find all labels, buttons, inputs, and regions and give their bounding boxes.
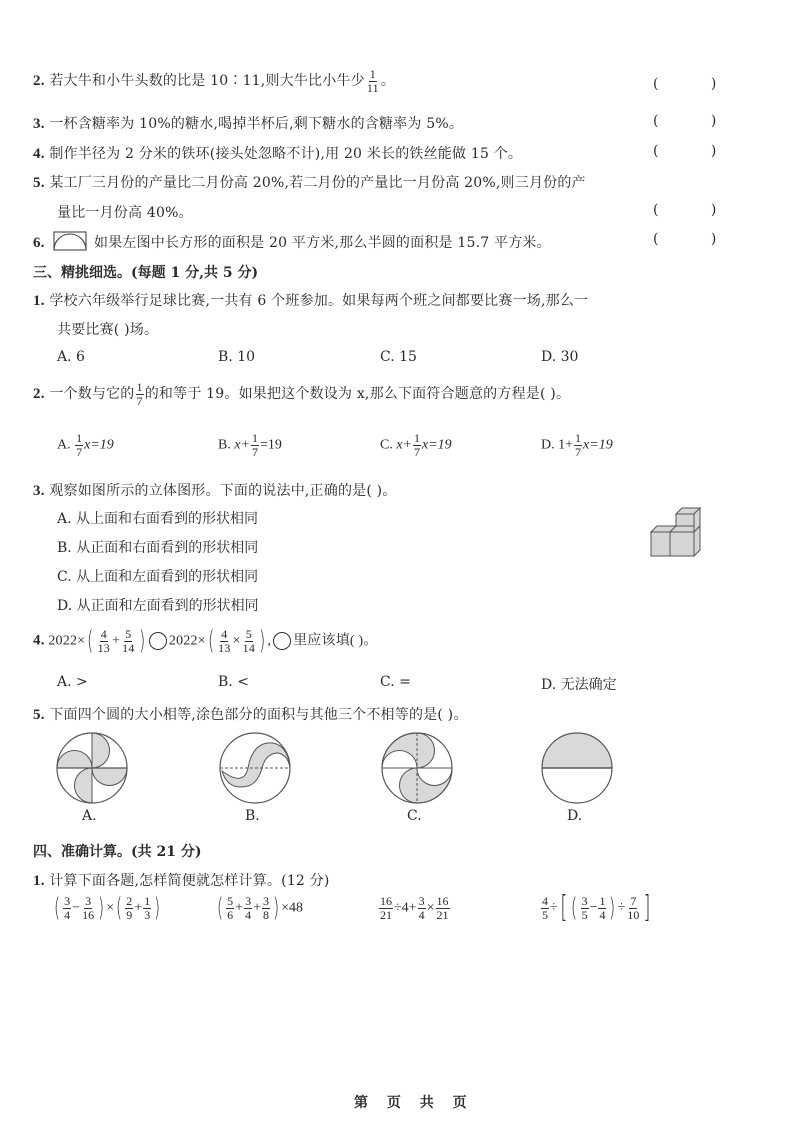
option-c[interactable]: C. 从上面和左面看到的形状相同 [57,566,258,586]
semicircle-rectangle-figure [53,231,87,251]
judge-item-5-line2: 量比一月份高 40%。 [57,202,193,222]
judge-item-6: 6. 如果左图中长方形的面积是 20 平方米,那么半圆的面积是 15.7 平方米… [33,231,551,252]
item-text: 制作半径为 2 分米的铁环(接头处忽略不计),用 20 米长的铁丝能做 15 个… [49,146,522,162]
fraction: 17 [136,381,144,407]
fraction: 111 [366,68,380,94]
judge-item-2: 2. 若大牛和小牛头数的比是 10∶11,则大牛比小牛少111。 [33,68,395,94]
option-b[interactable]: B. 从正面和右面看到的形状相同 [57,537,258,557]
circle-figure-d[interactable] [540,731,614,805]
option-a[interactable]: A. 从上面和右面看到的形状相同 [57,508,258,528]
figure-label-d: D. [567,808,582,824]
cube-stack-figure [646,505,706,561]
item-text: 若大牛和小牛头数的比是 10∶11,则大牛比小牛少 [49,73,365,89]
circle-figure-b[interactable] [218,731,292,805]
answer-blank[interactable]: ( ) [653,76,740,92]
question-text: 计算下面各题,怎样简便就怎样计算。(12 分) [49,873,329,889]
answer-blank[interactable]: ( ) [653,113,740,129]
judge-item-3: 3. 一杯含糖率为 10%的糖水,喝掉半杯后,剩下糖水的含糖率为 5%。 [33,113,463,133]
option-a[interactable]: A. 17x=19 [57,432,114,458]
choice-q1-line2: 共要比赛( )场。 [57,319,158,339]
section-title-calc: 四、准确计算。(共 21 分) [33,841,201,861]
section-title-choice: 三、精挑细选。(每题 1 分,共 5 分) [33,262,258,282]
option-d[interactable]: D. 30 [541,349,578,365]
calc-expression-1: (34−316)×(29+13) [52,895,162,921]
choice-q4: 4. 2022×(413+514)2022×(413×514),里应该填( )。 [33,628,378,654]
page-footer: 第 页 共 页 [354,1092,474,1112]
judge-item-4: 4. 制作半径为 2 分米的铁环(接头处忽略不计),用 20 米长的铁丝能做 1… [33,143,522,163]
answer-blank[interactable]: ( ) [653,231,740,247]
figure-label-b: B. [245,808,260,824]
figure-label-a: A. [82,808,97,824]
answer-blank[interactable]: ( ) [653,202,740,218]
item-text: 某工厂三月份的产量比二月份高 20%,若二月份的产量比一月份高 20%,则三月份… [49,175,585,191]
option-b[interactable]: B. x+17=19 [218,432,282,458]
option-c[interactable]: C. = [380,674,411,690]
option-a[interactable]: A. 6 [57,349,85,365]
option-d[interactable]: D. 无法确定 [541,674,617,694]
figure-label-c: C. [407,808,422,824]
question-text: 下面四个圆的大小相等,涂色部分的面积与其他三个不相等的是( )。 [49,707,467,723]
calc-expression-3: 1621÷4+34×1621 [378,895,451,921]
answer-blank[interactable]: ( ) [653,143,740,159]
circle-figure-c[interactable] [380,731,454,805]
choice-q1: 1. 学校六年级举行足球比赛,一共有 6 个班参加。如果每两个班之间都要比赛一场… [33,290,588,310]
choice-q2: 2. 一个数与它的17的和等于 19。如果把这个数设为 x,那么下面符合题意的方… [33,381,570,407]
item-number: 2. [33,73,45,89]
item-text: 一杯含糖率为 10%的糖水,喝掉半杯后,剩下糖水的含糖率为 5%。 [49,116,463,132]
option-b[interactable]: B. 10 [218,349,255,365]
question-text: 观察如图所示的立体图形。下面的说法中,正确的是( )。 [49,483,396,499]
option-a[interactable]: A. > [57,674,88,690]
circle-icon [273,632,291,650]
option-d[interactable]: D. 从正面和左面看到的形状相同 [57,595,259,615]
question-text: 学校六年级举行足球比赛,一共有 6 个班参加。如果每两个班之间都要比赛一场,那么… [49,293,588,309]
item-text: 如果左图中长方形的面积是 20 平方米,那么半圆的面积是 15.7 平方米。 [94,235,551,251]
compare-circle-blank[interactable] [149,632,167,650]
choice-q3: 3. 观察如图所示的立体图形。下面的说法中,正确的是( )。 [33,480,397,500]
option-b[interactable]: B. < [218,674,249,690]
option-c[interactable]: C. 15 [380,349,417,365]
judge-item-5: 5. 某工厂三月份的产量比二月份高 20%,若二月份的产量比一月份高 20%,则… [33,172,586,192]
calc-q1: 1. 计算下面各题,怎样简便就怎样计算。(12 分) [33,870,330,890]
circle-figure-a[interactable] [55,731,129,805]
calc-expression-2: (56+34+38)×48 [215,895,303,921]
option-c[interactable]: C. x+17x=19 [380,432,452,458]
option-d[interactable]: D. 1+17x=19 [541,432,613,458]
choice-q5: 5. 下面四个圆的大小相等,涂色部分的面积与其他三个不相等的是( )。 [33,704,468,724]
calc-expression-4: 45÷[(35−14)÷710] [540,893,653,923]
